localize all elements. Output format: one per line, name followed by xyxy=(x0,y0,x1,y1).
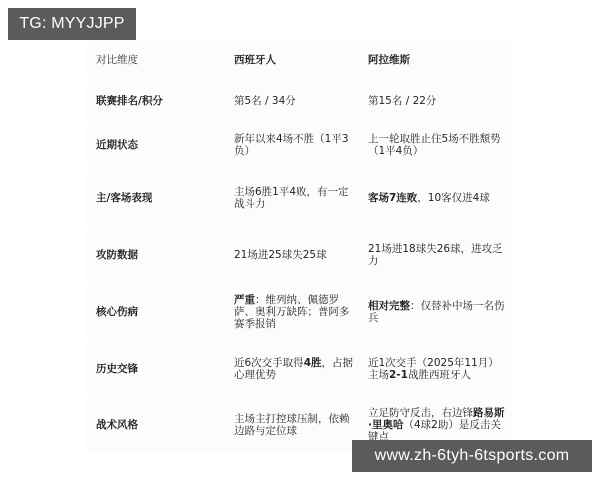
row-label-text: 战术风格 xyxy=(96,419,138,431)
row-label: 联赛排名/积分 xyxy=(86,81,228,121)
team-b-bold: 相对完整 xyxy=(368,300,410,312)
team-a-cell: 第5名 / 34分 xyxy=(228,81,364,121)
table-row: 近期状态 新年以来4场不胜（1平3负） 上一轮取胜止住5场不胜颓势（1平4负） xyxy=(86,123,512,169)
team-b-pre: 立足防守反击，右边锋 xyxy=(368,407,473,419)
team-a-cell: 21场进25球失25球 xyxy=(228,229,364,281)
header-team-b-label: 阿拉维斯 xyxy=(368,54,410,66)
team-a-value: 严重：维列纳、佩德罗萨、奥利万缺阵；普阿多赛季报销 xyxy=(234,294,358,330)
team-a-text: 21场进25球失25球 xyxy=(234,249,327,261)
watermark-top: TG: MYYJJPP xyxy=(8,8,136,40)
row-label: 核心伤病 xyxy=(86,283,228,341)
team-a-value: 主场6胜1平4败，有一定战斗力 xyxy=(234,186,358,210)
team-b-value: 客场7连败，10客仅进4球 xyxy=(368,192,490,204)
header-dimension-label: 对比维度 xyxy=(96,54,138,66)
row-label-text: 近期状态 xyxy=(96,139,138,151)
team-b-value: 立足防守反击，右边锋路易斯·里奥哈（4球2助）是反击关键点 xyxy=(368,407,506,443)
team-b-text: ，10客仅进4球 xyxy=(417,192,490,204)
team-b-cell: 上一轮取胜止住5场不胜颓势（1平4负） xyxy=(364,123,512,167)
team-b-text: 上一轮取胜止住5场不胜颓势（1平4负） xyxy=(368,133,501,157)
row-label-text: 核心伤病 xyxy=(96,306,138,318)
team-b-cell: 相对完整：仅替补中场一名伤兵 xyxy=(364,283,512,341)
team-a-text: 主场6胜1平4败，有一定战斗力 xyxy=(234,186,349,210)
team-b-cell: 近1次交手（2025年11月）主场2-1战胜西班牙人 xyxy=(364,343,512,395)
row-label-text: 主/客场表现 xyxy=(96,192,152,204)
team-a-text: 新年以来4场不胜（1平3负） xyxy=(234,133,349,157)
watermark-bottom: www.zh-6tyh-6tsports.com xyxy=(352,440,592,472)
header-team-a-label: 西班牙人 xyxy=(234,54,276,66)
row-label: 战术风格 xyxy=(86,397,228,453)
team-a-value: 21场进25球失25球 xyxy=(234,249,327,261)
team-b-text: 21场进18球失26球，进攻乏力 xyxy=(368,243,503,267)
team-b-value: 上一轮取胜止住5场不胜颓势（1平4负） xyxy=(368,133,506,157)
row-label: 历史交锋 xyxy=(86,343,228,395)
team-a-pre: 近6次交手取得 xyxy=(234,357,304,369)
team-a-value: 第5名 / 34分 xyxy=(234,95,296,107)
table-header-row: 对比维度 西班牙人 阿拉维斯 xyxy=(86,41,512,81)
team-a-bold: 严重 xyxy=(234,294,255,306)
team-b-bold: 2-1 xyxy=(389,369,408,381)
team-b-value: 相对完整：仅替补中场一名伤兵 xyxy=(368,300,506,324)
team-b-value: 21场进18球失26球，进攻乏力 xyxy=(368,243,506,267)
team-b-cell: 客场7连败，10客仅进4球 xyxy=(364,169,512,227)
table-row: 核心伤病 严重：维列纳、佩德罗萨、奥利万缺阵；普阿多赛季报销 相对完整：仅替补中… xyxy=(86,283,512,343)
row-label: 主/客场表现 xyxy=(86,169,228,227)
team-a-cell: 严重：维列纳、佩德罗萨、奥利万缺阵；普阿多赛季报销 xyxy=(228,283,364,341)
team-b-value: 近1次交手（2025年11月）主场2-1战胜西班牙人 xyxy=(368,357,506,381)
row-label-text: 联赛排名/积分 xyxy=(96,95,163,107)
team-b-text: 第15名 / 22分 xyxy=(368,95,436,107)
row-label: 近期状态 xyxy=(86,123,228,167)
team-a-cell: 新年以来4场不胜（1平3负） xyxy=(228,123,364,167)
team-a-cell: 主场主打控球压制，依赖边路与定位球 xyxy=(228,397,364,453)
team-a-value: 主场主打控球压制，依赖边路与定位球 xyxy=(234,413,358,437)
table-row: 联赛排名/积分 第5名 / 34分 第15名 / 22分 xyxy=(86,81,512,123)
team-a-text: 第5名 / 34分 xyxy=(234,95,296,107)
team-a-cell: 主场6胜1平4败，有一定战斗力 xyxy=(228,169,364,227)
page: TG: MYYJJPP 对比维度 西班牙人 阿拉维斯 联赛排名/积分 第5名 /… xyxy=(0,0,600,480)
row-label: 攻防数据 xyxy=(86,229,228,281)
team-b-bold: 客场7连败 xyxy=(368,192,417,204)
row-label-text: 历史交锋 xyxy=(96,363,138,375)
table-row: 攻防数据 21场进25球失25球 21场进18球失26球，进攻乏力 xyxy=(86,229,512,283)
team-b-value: 第15名 / 22分 xyxy=(368,95,436,107)
row-label-text: 攻防数据 xyxy=(96,249,138,261)
team-b-text: 战胜西班牙人 xyxy=(408,369,471,381)
comparison-table: 对比维度 西班牙人 阿拉维斯 联赛排名/积分 第5名 / 34分 第15名 / … xyxy=(86,41,512,455)
team-b-cell: 21场进18球失26球，进攻乏力 xyxy=(364,229,512,281)
team-a-value: 新年以来4场不胜（1平3负） xyxy=(234,133,358,157)
header-dimension: 对比维度 xyxy=(86,41,228,79)
header-team-a: 西班牙人 xyxy=(228,41,364,79)
table-row: 历史交锋 近6次交手取得4胜，占据心理优势 近1次交手（2025年11月）主场2… xyxy=(86,343,512,397)
team-a-text: 主场主打控球压制，依赖边路与定位球 xyxy=(234,413,350,437)
table-row: 主/客场表现 主场6胜1平4败，有一定战斗力 客场7连败，10客仅进4球 xyxy=(86,169,512,229)
team-a-cell: 近6次交手取得4胜，占据心理优势 xyxy=(228,343,364,395)
header-team-b: 阿拉维斯 xyxy=(364,41,512,79)
team-a-value: 近6次交手取得4胜，占据心理优势 xyxy=(234,357,358,381)
team-a-bold: 4胜 xyxy=(304,357,322,369)
team-b-cell: 第15名 / 22分 xyxy=(364,81,512,121)
